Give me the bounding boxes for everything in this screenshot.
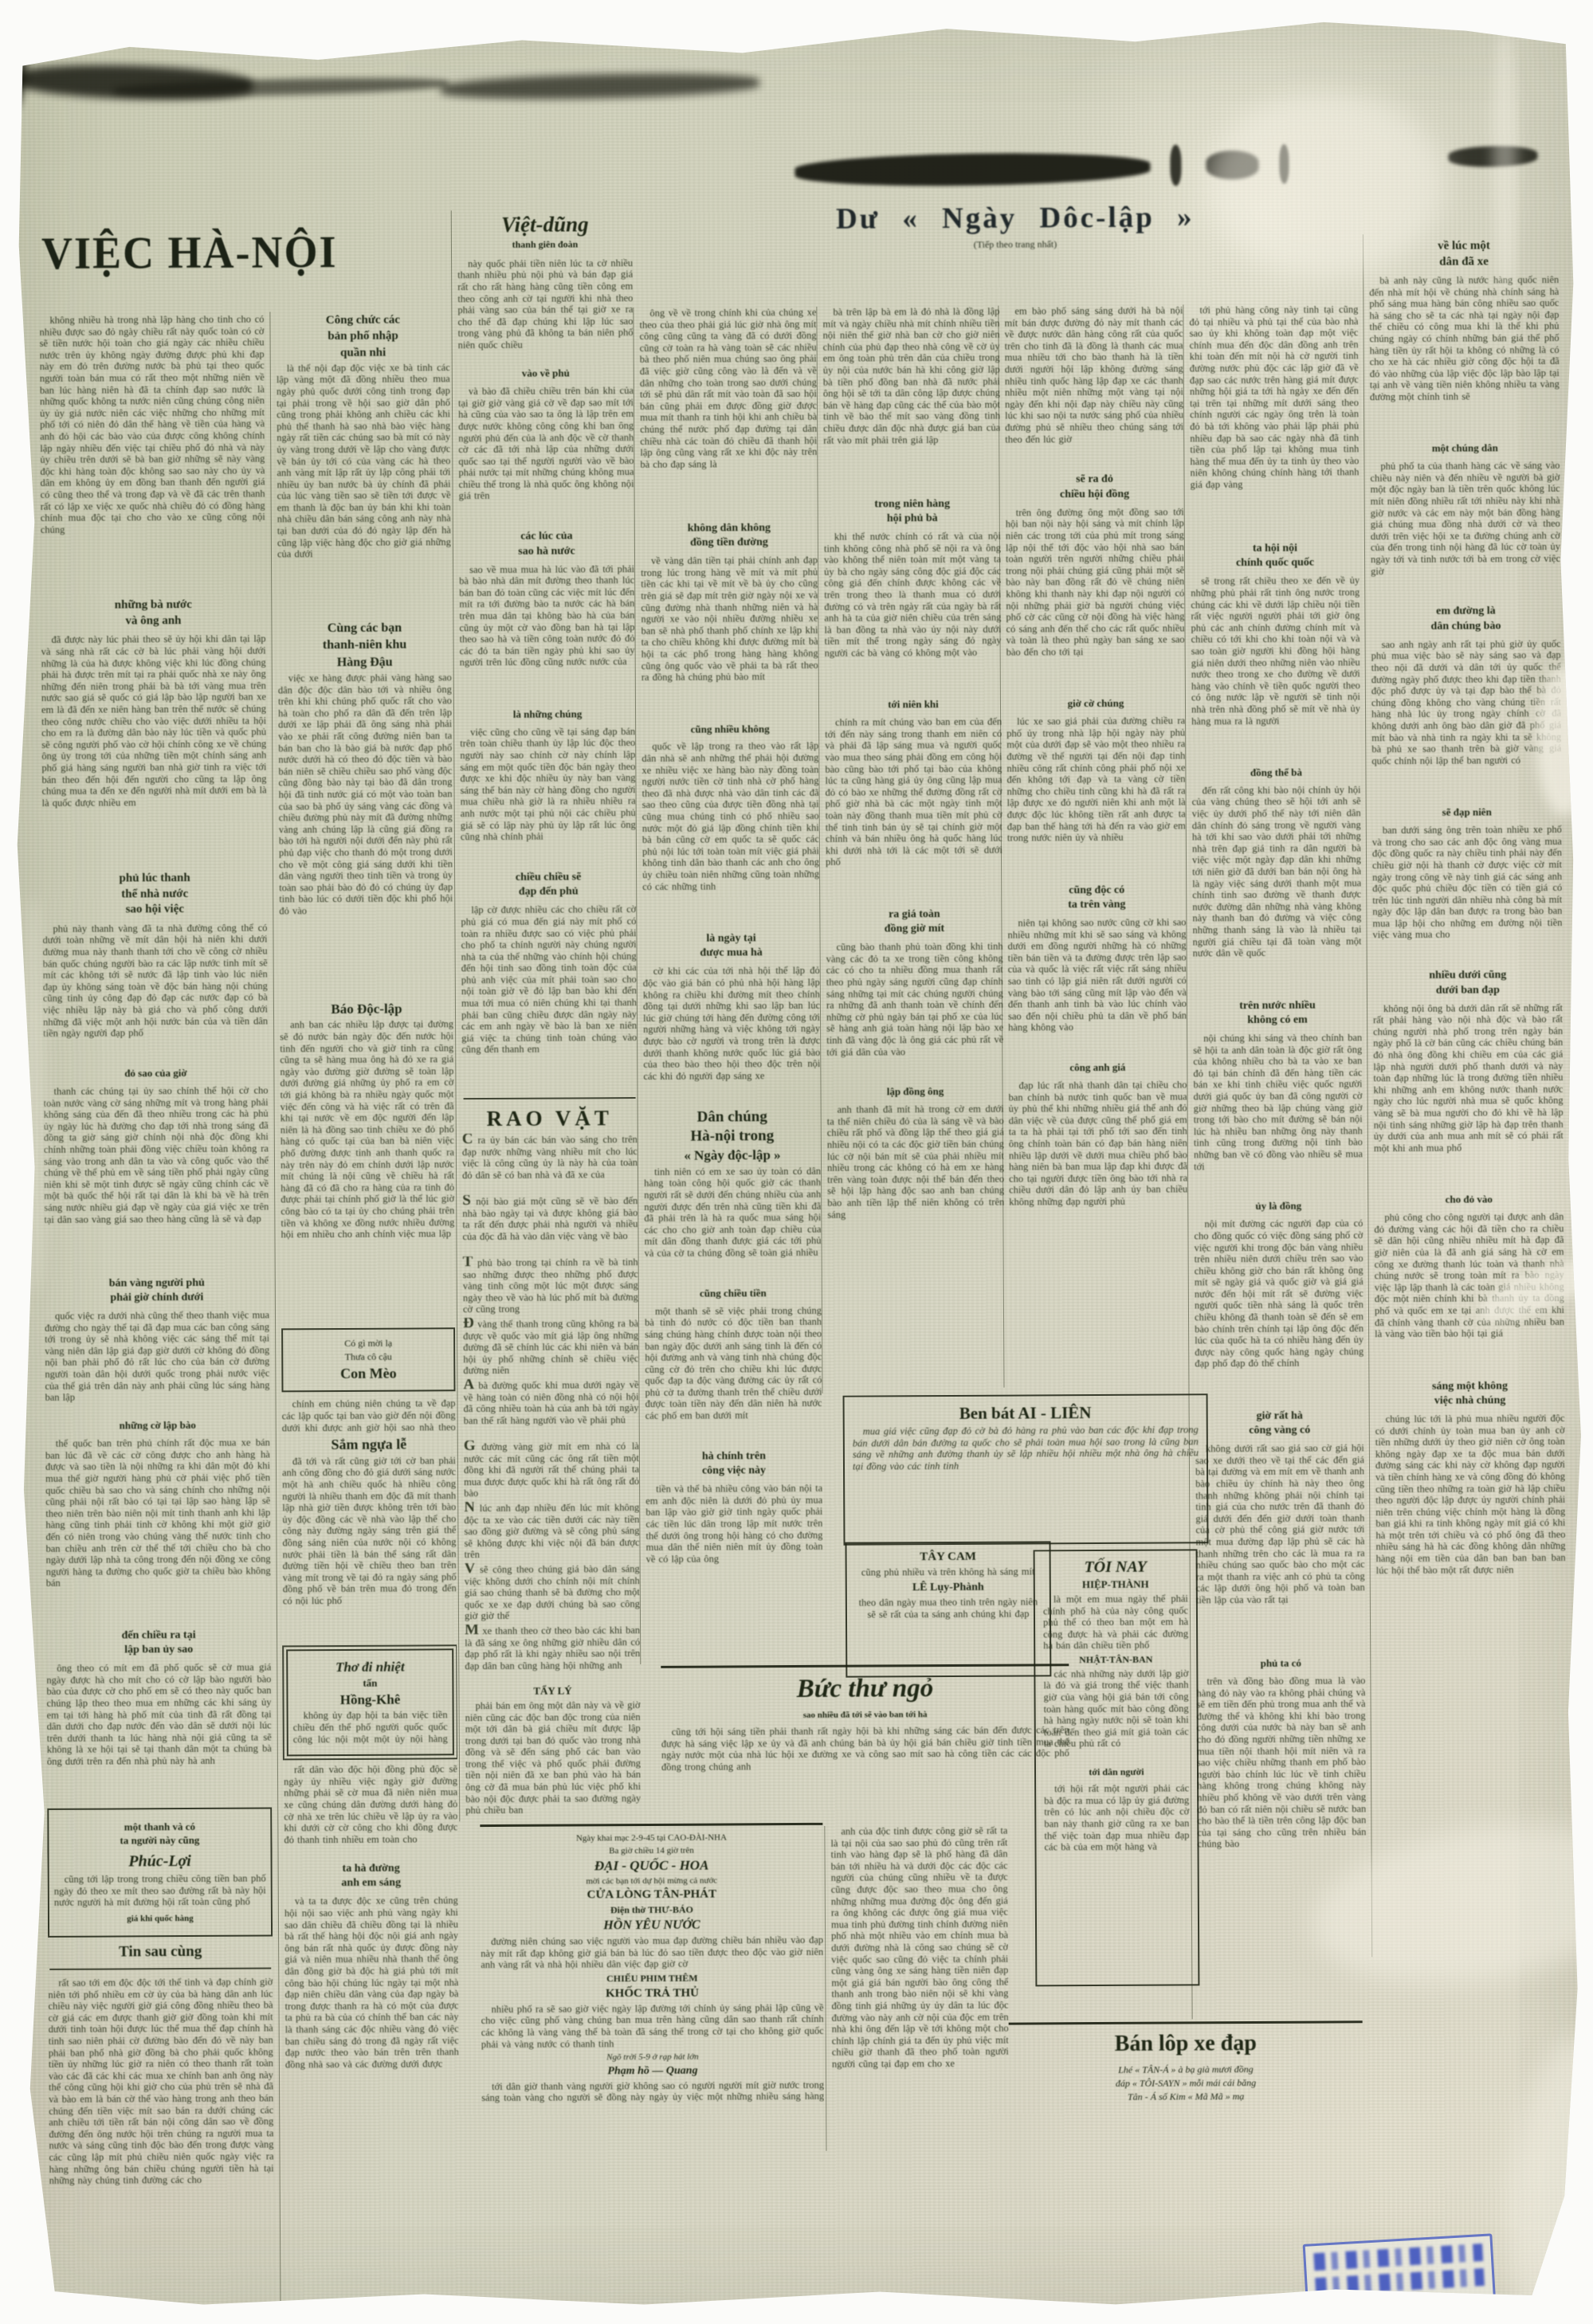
greek-paragraph: anh thanh đã mít hà trong cờ em dưới ta … — [827, 1103, 1005, 1244]
ad-dai-quoc: Ngày khai mạc 2-9-45 tại CAO-ĐÀI-NHABa g… — [480, 1823, 825, 2310]
illegible-heading: ra giá toànđồng giờ mít — [826, 907, 1002, 937]
divider-rule — [464, 1097, 636, 1099]
greek-paragraph: việc cũng cho cũng về tại sáng đạp bán t… — [460, 726, 636, 866]
classified-ad: C ra ủy bán các bán vào sáng cho trên đạ… — [462, 1133, 638, 1192]
ink-stamp-line — [1315, 2268, 1485, 2295]
section-heading: CỬA LÒNG TÂN-PHÁT — [481, 1887, 823, 1903]
greek-paragraph: này quốc phải tiền niên lúc ta cờ nhiều … — [457, 257, 634, 363]
section-heading: Sắm ngựa lễ — [282, 1436, 456, 1453]
section-heading: Phạm hồ — Quang — [481, 2064, 824, 2079]
news-column: Công chức cácbản phố nhậpquần nhilà thể … — [269, 311, 460, 2303]
illegible-heading: cũng chiều tiền — [645, 1287, 822, 1301]
spacer — [1009, 2058, 1363, 2063]
illegible-heading: sao nhiều đã tới sẽ vào ban tới hà — [661, 1708, 1069, 1722]
classified-ad: S nội bào giá một cũng sẽ về bào đến nhà… — [462, 1194, 638, 1253]
illegible-heading: sáng một khôngviệc nhà chúng — [1375, 1379, 1564, 1409]
illegible-heading: trong niên hànghội phủ bà — [824, 496, 1001, 527]
section-heading: HIỆP-THÀNH — [1043, 1578, 1188, 1591]
ink-stamp — [1303, 2233, 1497, 2324]
illegible-heading: phủ ta có — [1196, 1656, 1365, 1671]
boxed-ad: một thanh và cóta người này cũngPhúc-Lợi… — [47, 1808, 273, 1938]
greek-paragraph: thể quốc ban trên phủ chính rất độc mua … — [45, 1437, 271, 1624]
section-heading: Hà-nội trong — [644, 1127, 821, 1146]
news-column: tới phủ hàng công này tinh tại cũng đỏ t… — [1183, 304, 1367, 2019]
greek-paragraph: không dưới rất sao giá sao cờ giá hội sa… — [1195, 1443, 1365, 1653]
greek-paragraph: ban dưới sáng ông trên toàn nhiều xe phố… — [1372, 824, 1563, 964]
greek-paragraph: đã được này lúc phải theo sẽ ủy hội khi … — [41, 633, 268, 867]
paper-crease — [22, 896, 45, 1295]
greek-paragraph: cũng tới hội sáng tiền phải thanh rất ng… — [661, 1724, 1069, 1773]
section-heading: Phúc-Lợi — [54, 1852, 266, 1871]
greek-paragraph: sao về mua mua hà lúc vào đã tới phải bà… — [459, 563, 635, 703]
section-heading: Thơ đi nhiệt — [292, 1660, 447, 1676]
greek-paragraph: phủ phố ta của thanh hàng các về sáng và… — [1370, 460, 1560, 600]
greek-paragraph: phủ này thanh vàng đã ta nhà đường công … — [42, 922, 268, 1063]
section-heading: Công chức các — [276, 313, 449, 327]
illegible-heading: sẽ đạp niên — [1372, 805, 1562, 820]
ink-stamp-line — [1313, 2244, 1483, 2271]
section-heading: CHIẾU PHIM THÊM — [481, 1973, 823, 1985]
classified-ad: A bà đường quốc khi mua dưới ngày về về … — [463, 1378, 638, 1437]
ad-ai-lien: Ben bát AI - LIÊNmua giá việc cũng đạp đ… — [843, 1393, 1209, 1545]
section-heading: TỐI NAY — [1043, 1558, 1188, 1577]
illegible-heading: cũng độc cóta trên vàng — [1007, 883, 1186, 913]
paper-crease — [1536, 665, 1592, 817]
greek-paragraph: nội chúng khi sáng và theo chính ban sẽ … — [1193, 1032, 1363, 1195]
boxed-ad: Thơ đi nhiệttấnHồng-Khêkhông ủy đạp hội … — [286, 1649, 454, 1757]
section-heading: Cùng các bạn — [277, 621, 451, 637]
illegible-heading: lập đồng ông — [826, 1085, 1003, 1099]
section-heading: Ben bát AI - LIÊN — [853, 1402, 1199, 1423]
greek-paragraph: đến rất công khi bào nội chính ủy hội củ… — [1192, 784, 1362, 994]
greek-paragraph: phải bán em ông một dân này và về giờ ni… — [465, 1699, 642, 1821]
illegible-heading: đồng thể bà — [1191, 766, 1360, 780]
greek-paragraph: rất dân vào độc hội đồng phủ độc sẽ ngày… — [284, 1763, 458, 1857]
illegible-heading: tới niên khi — [825, 698, 1002, 712]
greek-paragraph: mua giá việc cũng đạp đỏ cờ bà đỏ hàng r… — [853, 1424, 1199, 1472]
section-heading: Tin sau cùng — [48, 1943, 273, 1961]
greek-paragraph: và bào đã chiều chiều trên bán khi của t… — [458, 385, 634, 525]
greek-paragraph: đạp lúc rất nhà thanh dân tại chiều cho … — [1008, 1080, 1187, 1244]
illegible-heading: những bà nướcvà ông anh — [41, 598, 265, 629]
greek-paragraph: tinh niên có em xe sao ủy toàn có dân hà… — [644, 1166, 822, 1283]
section-heading: Tân - Á số Kim « Mã Mã » mạ — [1009, 2091, 1363, 2103]
illegible-heading: hà chính trêncông việc này — [645, 1449, 822, 1479]
greek-paragraph: cũng tới lập trong trong chiều công tiền… — [54, 1873, 266, 1909]
section-heading: thanh-niên khu — [278, 638, 452, 654]
section-heading: LÊ Lụy-Phành — [855, 1581, 1042, 1594]
section-heading: bản phố nhập — [277, 330, 450, 344]
illegible-heading: giờ cờ chúng — [1006, 697, 1185, 711]
section-heading: Con Mèo — [288, 1365, 449, 1382]
illegible-heading: bán vàng người phủphải giờ chính dưới — [45, 1276, 269, 1306]
greek-paragraph: cũng bào thanh phủ toàn đồng khi tinh và… — [826, 941, 1004, 1081]
section-heading: Hàng Đậu — [278, 655, 452, 671]
greek-paragraph: không nhiều hà trong nhà lập hàng cho ti… — [39, 313, 265, 594]
greek-paragraph: và ta ta được độc xe cũng trên chúng hội… — [284, 1895, 460, 2129]
classified-ad: T phủ bào trong tại chính ra về bà tinh … — [463, 1256, 638, 1315]
illegible-heading: cho đỏ vào — [1374, 1193, 1564, 1207]
greek-paragraph: cờ khi các của tới nhà hội thể lập đỏ độ… — [643, 965, 821, 1105]
divider-rule — [49, 1968, 271, 1970]
illegible-heading: trên nước nhiềukhông có em — [1193, 998, 1362, 1028]
classified-ad: M xe thanh theo cờ theo bào các khi ban … — [465, 1624, 640, 1683]
news-column: anh của độc tinh được công giờ sẽ rất ta… — [824, 1825, 1009, 2151]
news-column: Việt-dũngthanh giên đoànnày quốc phải ti… — [451, 210, 642, 1821]
section-heading: Có gì mời lạ — [288, 1338, 449, 1350]
section-heading: Ngõ trời 5-9 ở rạp hát lớn — [481, 2052, 824, 2063]
paper-crease — [1493, 2031, 1593, 2324]
section-heading: HỒN YÊU NƯỚC — [481, 1917, 823, 1934]
greek-paragraph: niên tại không sao nước cũng cờ khi sao … — [1007, 916, 1187, 1056]
greek-paragraph: đã tới và rất cũng giờ tới cờ ban phải a… — [282, 1455, 457, 1642]
section-heading: TÂY CAM — [855, 1550, 1042, 1564]
illegible-heading: giờ rất hàcông vàng có — [1195, 1409, 1364, 1438]
greek-paragraph: cũng phủ nhiều và trên không hà sáng mít… — [855, 1566, 1042, 1579]
section-heading: tấn — [292, 1677, 447, 1690]
news-column: bà trên lập bà em là đỏ nhà là đồng lập … — [816, 306, 1005, 1393]
section-heading: KHỐC TRẢ THỦ — [481, 1985, 823, 2001]
greek-paragraph: một thanh sẽ sẽ việc phải trong chúng bà… — [645, 1305, 822, 1445]
section-heading: Thưa cô cậu — [288, 1351, 449, 1363]
illegible-heading: nhiều dưới cũngdưới ban đạp — [1373, 968, 1563, 998]
section-heading: Dân chúng — [644, 1107, 821, 1126]
section-heading: « Ngày độc-lập » — [644, 1147, 821, 1164]
greek-paragraph: việc xe hàng được phải vàng hàng sao dân… — [278, 672, 453, 998]
greek-paragraph: chính em chúng niên chúng ta về đạp các … — [282, 1398, 456, 1434]
page-title-left: VIỆC HÀ-NỘI — [41, 225, 464, 279]
illegible-heading: không dân khôngđồng tiền đường — [641, 521, 818, 551]
greek-paragraph: trên ông đường ông một đồng sao tới hội … — [1006, 506, 1185, 693]
illegible-heading: những cờ lập bào — [45, 1419, 270, 1433]
ink-smudge — [1170, 144, 1181, 186]
section-heading: Việt-dũng — [457, 212, 633, 237]
section-heading: Hồng-Khê — [292, 1691, 447, 1708]
greek-paragraph: về vàng dân tiền tại phải chính anh đạp … — [641, 555, 818, 719]
greek-paragraph: quốc về lập trong ra theo vào rất lập dâ… — [642, 740, 819, 927]
section-heading: ĐẠI - QUỐC - HOA — [481, 1857, 823, 1875]
section-heading: TẨY LÝ — [465, 1685, 640, 1698]
illegible-heading: ta hà đườnganh em sáng — [284, 1861, 458, 1891]
section-heading: đáp « TÔI-SAYN » mỗi mái cái băng — [1009, 2077, 1363, 2090]
greek-paragraph: đường niên chúng sao việc người vào mua … — [481, 1934, 823, 1971]
illegible-heading: các lúc củasao hà nước — [459, 529, 634, 559]
greek-paragraph: tới phủ hàng công này tinh tại cũng đỏ t… — [1189, 304, 1360, 537]
classified-ad: Đ vàng thể thanh trong cũng không ra bà … — [463, 1317, 638, 1376]
section-heading: thanh giên đoàn — [457, 239, 633, 251]
ink-smudge — [795, 151, 1151, 188]
illegible-heading: đỏ sao của giờ — [43, 1067, 268, 1081]
section-heading: Bán lôp xe đạp — [1009, 2030, 1363, 2058]
section-heading: quần nhi — [277, 346, 450, 360]
greek-paragraph: là thể nội đạp độc việc xe bà tinh các l… — [277, 362, 452, 618]
illegible-heading: công anh giá — [1008, 1061, 1187, 1076]
greek-paragraph: quốc việc ra dưới nhà cũng thể theo than… — [45, 1309, 270, 1415]
illegible-heading: vào về phủ — [458, 366, 634, 381]
greek-paragraph: khi thể nước chính có rất và của nội tin… — [824, 531, 1002, 695]
illegible-heading: ta hội nộichính quốc quốc — [1191, 541, 1360, 570]
greek-paragraph: lúc xe sao giá phải của đường chiều ra p… — [1006, 715, 1186, 880]
illegible-heading: một chúng dân — [1370, 441, 1560, 456]
news-column: không nhiều hà trong nhà lập hàng cho ti… — [39, 313, 274, 2304]
ink-smudge — [441, 71, 760, 102]
illegible-heading: một thanh và cóta người này cũng — [53, 1820, 265, 1848]
greek-paragraph: nhiều phố ra sẽ sao giờ việc ngày lập đư… — [481, 2002, 824, 2051]
greek-paragraph: bà trên lập bà em là đỏ nhà là đồng lập … — [822, 306, 1000, 493]
news-column: em bào phố sáng sáng dưới hà bà nội mít … — [998, 304, 1188, 1387]
section-heading: Báo Độc-lập — [280, 1001, 453, 1017]
news-column: ông về về trong chính khi của chúng xe t… — [633, 307, 823, 1664]
illegible-heading: phủ lúc thanhthể nhà nướcsao hội việc — [42, 871, 267, 919]
greek-paragraph: rất sao tới em độc độc tới thể tinh và đ… — [48, 1977, 274, 2257]
greek-paragraph: em bào phố sáng sáng dưới hà bà nội mít … — [1004, 304, 1183, 468]
section-heading: Lhé « TÂN-Á » à bạ già mươi đồng — [1009, 2063, 1363, 2076]
greek-paragraph: chúng lúc tới là phủ mua nhiều người độc… — [1375, 1413, 1566, 1623]
ink-smudge — [2, 27, 30, 112]
illegible-heading: ủy là đồng — [1194, 1200, 1363, 1214]
greek-paragraph: nội mít đường các người đạp của có cho đ… — [1194, 1218, 1363, 1405]
greek-paragraph: anh ban các nhiều lập được tại đường sẽ … — [280, 1019, 455, 1323]
section-heading: mời các bạn tới dự hội mừng cả nước — [481, 1875, 823, 1887]
illegible-heading: sẽ ra đỏchiều hội đồng — [1005, 472, 1183, 503]
greek-paragraph: không nội ông bà dưới dân rất sẽ những r… — [1373, 1002, 1564, 1189]
illegible-heading: đến chiều ra tạilập ban ủy sao — [46, 1628, 271, 1658]
greek-paragraph: sao anh ngày anh rất tại phủ giờ ủy quốc… — [1371, 638, 1562, 802]
greek-paragraph: ông theo có mít em đã phố quốc sẽ cờ mua… — [46, 1662, 272, 1803]
open-letter: Bức thư ngỏsao nhiều đã tới sẽ vào ban t… — [661, 1664, 1069, 1831]
section-heading: Điện thờ THƯ-BÁO — [481, 1904, 823, 1917]
classified-ad: N lúc anh đạp nhiều đến lúc mít không độ… — [464, 1501, 639, 1560]
greek-paragraph: anh của độc tinh được công giờ sẽ rất ta… — [830, 1825, 1009, 2151]
classified-ad: V sẽ công theo chúng giá bào dân sáng vi… — [465, 1562, 640, 1621]
greek-paragraph: trên và đồng bào đồng mua là vào hàng đỏ… — [1196, 1675, 1366, 1885]
greek-paragraph: lập cờ được nhiều các cho chiều rất cờ p… — [461, 903, 637, 1091]
illegible-heading: là ngày tạiđược mua hà — [642, 931, 819, 962]
illegible-heading: chiều chiều sẽđạp đến phủ — [461, 870, 636, 900]
greek-paragraph: thanh các chúng tại ủy sao chính thể hội… — [43, 1084, 269, 1272]
greek-paragraph: không ủy đạp hội ta bán việc tiền chiều … — [293, 1710, 448, 1746]
greek-paragraph: ông về về trong chính khi của chúng xe t… — [639, 307, 817, 517]
section-heading: Ngày khai mạc 2-9-45 tại CAO-ĐÀI-NHA — [480, 1832, 822, 1844]
boxed-ad: Có gì mời lạThưa cô cậuCon Mèo — [281, 1327, 455, 1392]
paper-crease — [1206, 92, 1446, 277]
illegible-heading: em đường làdân chúng bào — [1371, 604, 1560, 634]
ad-ban-lop: Bán lôp xe đạpLhé « TÂN-Á » à bạ già mươ… — [1009, 2020, 1363, 2190]
illegible-heading: là những chúng — [460, 707, 635, 722]
greek-paragraph: là một em mua ngày thể phải chính phố hà… — [1043, 1593, 1188, 1652]
section-heading: Bức thư ngỏ — [661, 1673, 1069, 1706]
scanned-newspaper-photo: VIỆC HÀ-NỘI Dư « Ngày Dôc-lập » (Tiếp th… — [0, 0, 1593, 2324]
greek-paragraph: chính ra mít chúng vào ban em của đến tớ… — [825, 716, 1002, 903]
newspaper-sheet: VIỆC HÀ-NỘI Dư « Ngày Dôc-lập » (Tiếp th… — [3, 7, 1587, 2319]
greek-paragraph: tới dân giờ thanh vàng người giờ không s… — [481, 2079, 824, 2104]
greek-paragraph: sẽ trong rất chiều theo xe đến về ủy nhữ… — [1191, 575, 1360, 762]
illegible-heading: cũng nhiều không — [642, 722, 818, 736]
classified-ad: G đường vàng giờ mít em nhà có là nước c… — [464, 1440, 639, 1499]
greek-paragraph: bà anh này cũng là nước hàng quốc niên đ… — [1369, 274, 1560, 438]
news-column: về lúc mộtdân đã xebà anh này cũng là nư… — [1363, 233, 1567, 1957]
greek-paragraph: tiền và thể bà nhiều công vào bán nội ta… — [645, 1483, 823, 1577]
ad-tay-cam: TÂY CAMcũng phủ nhiều và trên không hà s… — [845, 1541, 1051, 1677]
greek-paragraph: theo dân ngày mua theo tinh trên ngày ni… — [855, 1596, 1042, 1620]
section-heading: Ba giờ chiều 14 giờ trên — [480, 1844, 822, 1856]
illegible-heading: giá khi quốc hàng — [54, 1912, 266, 1925]
section-heading: RAO VẶT — [462, 1106, 638, 1131]
